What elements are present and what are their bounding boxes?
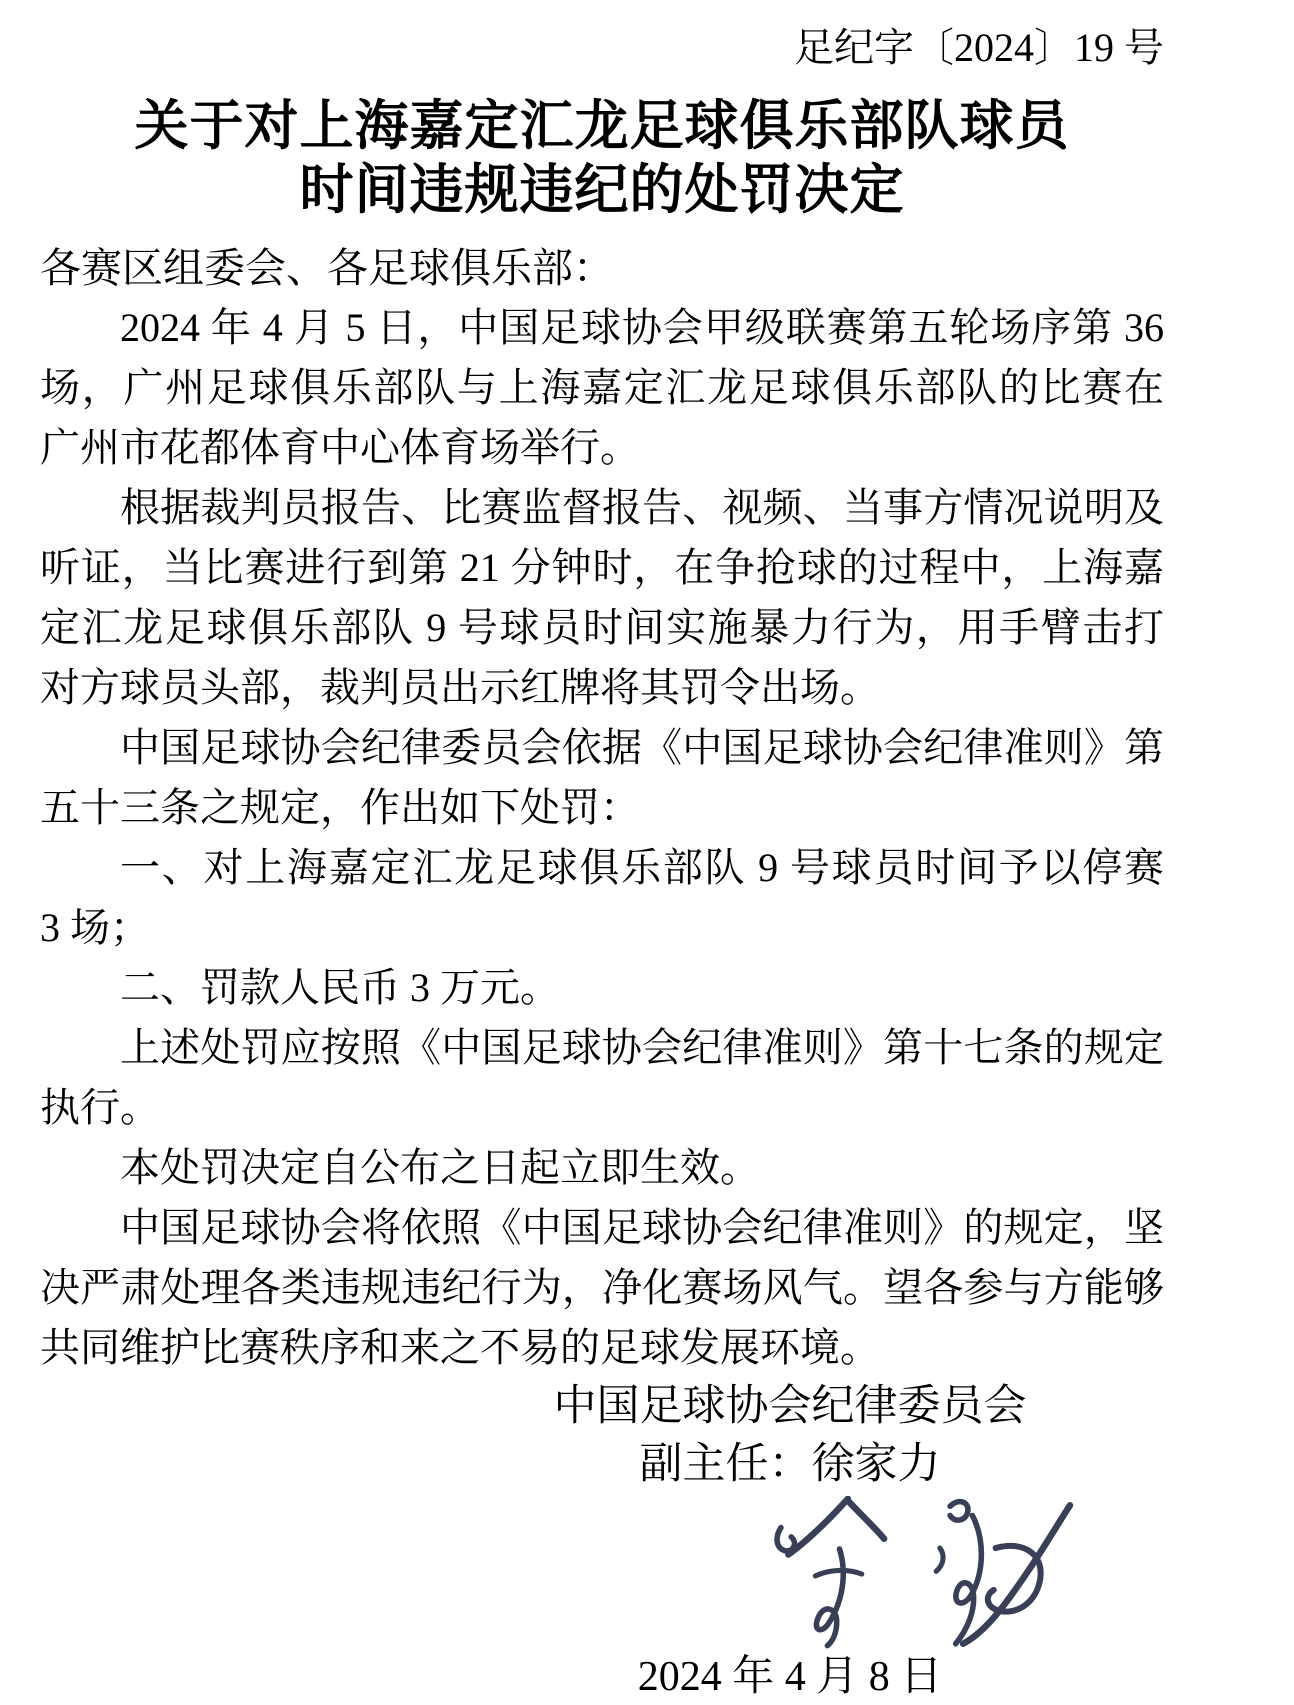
body-line: 中国足球协会将依照《中国足球协会纪律准则》的规定，坚 xyxy=(40,1198,1164,1258)
body-line: 执行。 xyxy=(40,1078,1164,1138)
doc-title-line1: 关于对上海嘉定汇龙足球俱乐部队球员 xyxy=(40,94,1164,158)
doc-number: 足纪字〔2024〕19 号 xyxy=(40,24,1164,72)
closing-signer: 副主任：徐家力 xyxy=(470,1436,1110,1494)
body-line: 上述处罚应按照《中国足球协会纪律准则》第十七条的规定 xyxy=(40,1018,1164,1078)
body-line: 中国足球协会纪律委员会依据《中国足球协会纪律准则》第 xyxy=(40,718,1164,778)
body-line: 根据裁判员报告、比赛监督报告、视频、当事方情况说明及 xyxy=(40,478,1164,538)
closing-org: 中国足球协会纪律委员会 xyxy=(470,1378,1110,1436)
body-line: 本处罚决定自公布之日起立即生效。 xyxy=(40,1138,1164,1198)
body-line: 五十三条之规定，作出如下处罚： xyxy=(40,778,1164,838)
body-line: 共同维护比赛秩序和来之不易的足球发展环境。 xyxy=(40,1318,1164,1378)
body-line: 一、对上海嘉定汇龙足球俱乐部队 9 号球员时间予以停赛 xyxy=(40,838,1164,898)
body-line: 对方球员头部，裁判员出示红牌将其罚令出场。 xyxy=(40,658,1164,718)
document-page: 足纪字〔2024〕19 号 关于对上海嘉定汇龙足球俱乐部队球员 时间违规违纪的处… xyxy=(0,0,1294,1705)
document-body: 2024 年 4 月 5 日，中国足球协会甲级联赛第五轮场序第 36 场，广州足… xyxy=(40,298,1164,1378)
body-line: 决严肃处理各类违规违纪行为，净化赛场风气。望各参与方能够 xyxy=(40,1258,1164,1318)
date-line: 2024 年 4 月 8 日 xyxy=(470,1654,1110,1700)
closing-block: 中国足球协会纪律委员会 副主任：徐家力 xyxy=(470,1378,1110,1494)
doc-title-line2: 时间违规违纪的处罚决定 xyxy=(40,158,1164,222)
signature-strokes-icon xyxy=(760,1496,1090,1654)
body-line: 场，广州足球俱乐部队与上海嘉定汇龙足球俱乐部队的比赛在 xyxy=(40,358,1164,418)
body-line: 广州市花都体育中心体育场举行。 xyxy=(40,418,1164,478)
body-line: 二、罚款人民币 3 万元。 xyxy=(40,958,1164,1018)
body-line: 3 场； xyxy=(40,898,1164,958)
handwritten-signature xyxy=(760,1496,1090,1654)
body-line: 2024 年 4 月 5 日，中国足球协会甲级联赛第五轮场序第 36 xyxy=(40,298,1164,358)
salutation: 各赛区组委会、各足球俱乐部： xyxy=(40,238,1164,298)
body-line: 听证，当比赛进行到第 21 分钟时，在争抢球的过程中，上海嘉 xyxy=(40,538,1164,598)
body-line: 定汇龙足球俱乐部队 9 号球员时间实施暴力行为，用手臂击打 xyxy=(40,598,1164,658)
